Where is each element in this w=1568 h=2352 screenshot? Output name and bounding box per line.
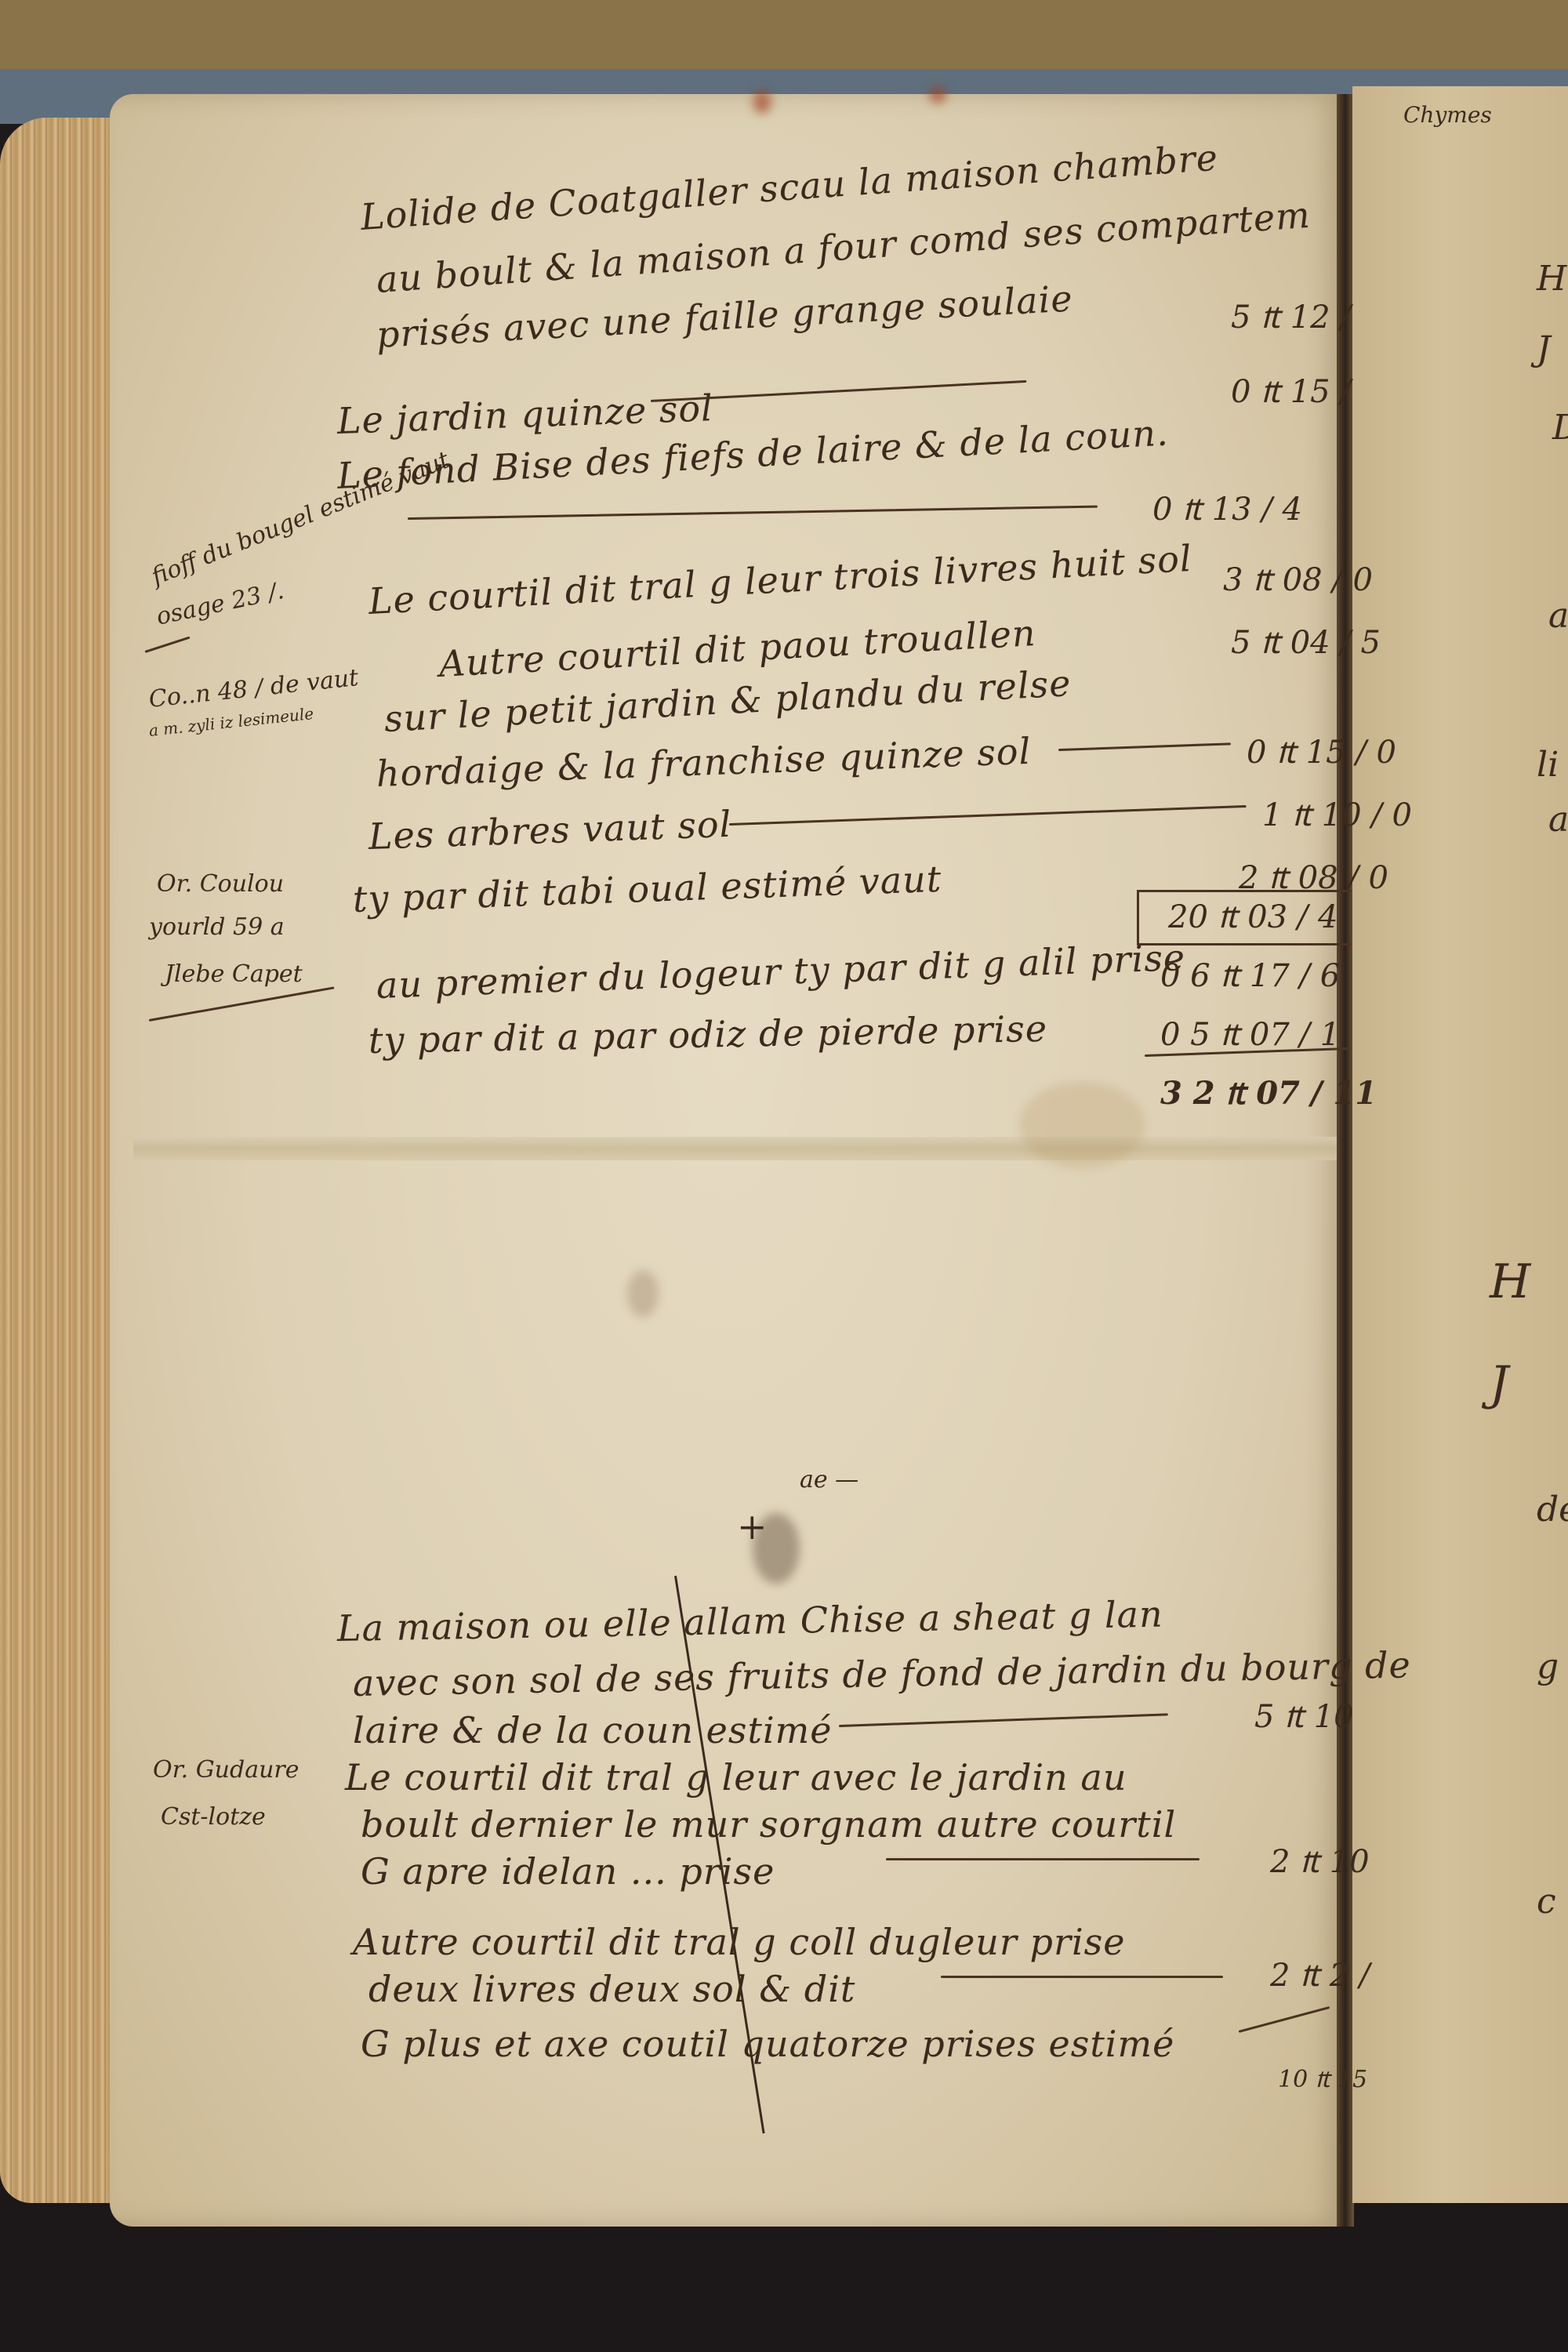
amount: 10 ₶ 15 <box>1278 2062 1367 2094</box>
stain <box>627 1270 659 1317</box>
entry-line: Autre courtil dit tral g coll dugleur pr… <box>353 1921 1126 1963</box>
stain <box>1019 1082 1145 1168</box>
heading-mark: ae — <box>800 1466 858 1494</box>
ink-stain <box>753 90 771 114</box>
amount: 5 ₶ 12 / <box>1231 294 1351 337</box>
entry-line: deux livres deux sol & dit <box>368 1968 855 2010</box>
amount: 0 ₶ 13 / 4 <box>1152 486 1302 529</box>
right-page-text: de <box>1537 1490 1568 1530</box>
right-page-text: Chymes <box>1403 102 1492 128</box>
ink-stain <box>929 86 946 103</box>
amount: 2 ₶ 10 <box>1270 1838 1370 1882</box>
amount: 1 ₶ 10 / 0 <box>1262 792 1412 835</box>
right-page-text: g <box>1537 1646 1559 1686</box>
margin-note: Cst-lotze <box>161 1803 266 1831</box>
margin-note: Or. Coulou <box>157 870 284 898</box>
right-page-text: D <box>1552 408 1568 448</box>
table-surface-top <box>0 0 1568 71</box>
right-page <box>1352 86 1568 2203</box>
subtotal-amount: 20 ₶ 03 / 4 <box>1168 894 1338 937</box>
entry-line: Le courtil dit tral g leur avec le jardi… <box>345 1756 1127 1798</box>
right-page-text: H <box>1490 1254 1530 1309</box>
book-gutter <box>1337 94 1354 2227</box>
margin-note: yourld 59 a <box>149 913 285 941</box>
amount: 0 ₶ 15 / <box>1231 368 1351 412</box>
right-page-text: J <box>1490 1356 1508 1411</box>
right-page-text: H <box>1537 259 1566 299</box>
entry-line: boult dernier le mur sorgnam autre court… <box>361 1803 1176 1846</box>
amount: 2 ₶ 2 / <box>1270 1952 1370 1995</box>
amount: 5 ₶ 10 <box>1254 1693 1354 1737</box>
amount: 0 ₶ 15 / 0 <box>1247 729 1396 772</box>
entry-line: G apre idelan ... prise <box>361 1850 775 1893</box>
right-page-text: li <box>1537 745 1559 785</box>
right-page-text: c <box>1537 1882 1556 1922</box>
right-page-text: J <box>1537 329 1551 369</box>
amount: 5 ₶ 04 / 5 <box>1231 619 1381 662</box>
margin-note: Or. Gudaure <box>153 1756 299 1784</box>
cross-mark: + <box>737 1505 768 1548</box>
right-page-text: a <box>1548 800 1568 840</box>
amount: 0 6 ₶ 17 / 6 <box>1160 953 1340 996</box>
entry-line: G plus et axe coutil quatorze prises est… <box>361 2023 1174 2065</box>
right-page-text: a <box>1548 596 1568 636</box>
page-fold <box>133 1137 1341 1160</box>
entry-line: laire & de la coun estimé <box>353 1709 833 1751</box>
amount: 3 ₶ 08 / 0 <box>1223 557 1373 600</box>
margin-note: Jlebe Capet <box>165 960 303 988</box>
total-amount: 3 2 ₶ 07 / 11 <box>1160 1070 1377 1113</box>
rule-line <box>941 1976 1223 1978</box>
rule-line <box>886 1858 1200 1860</box>
